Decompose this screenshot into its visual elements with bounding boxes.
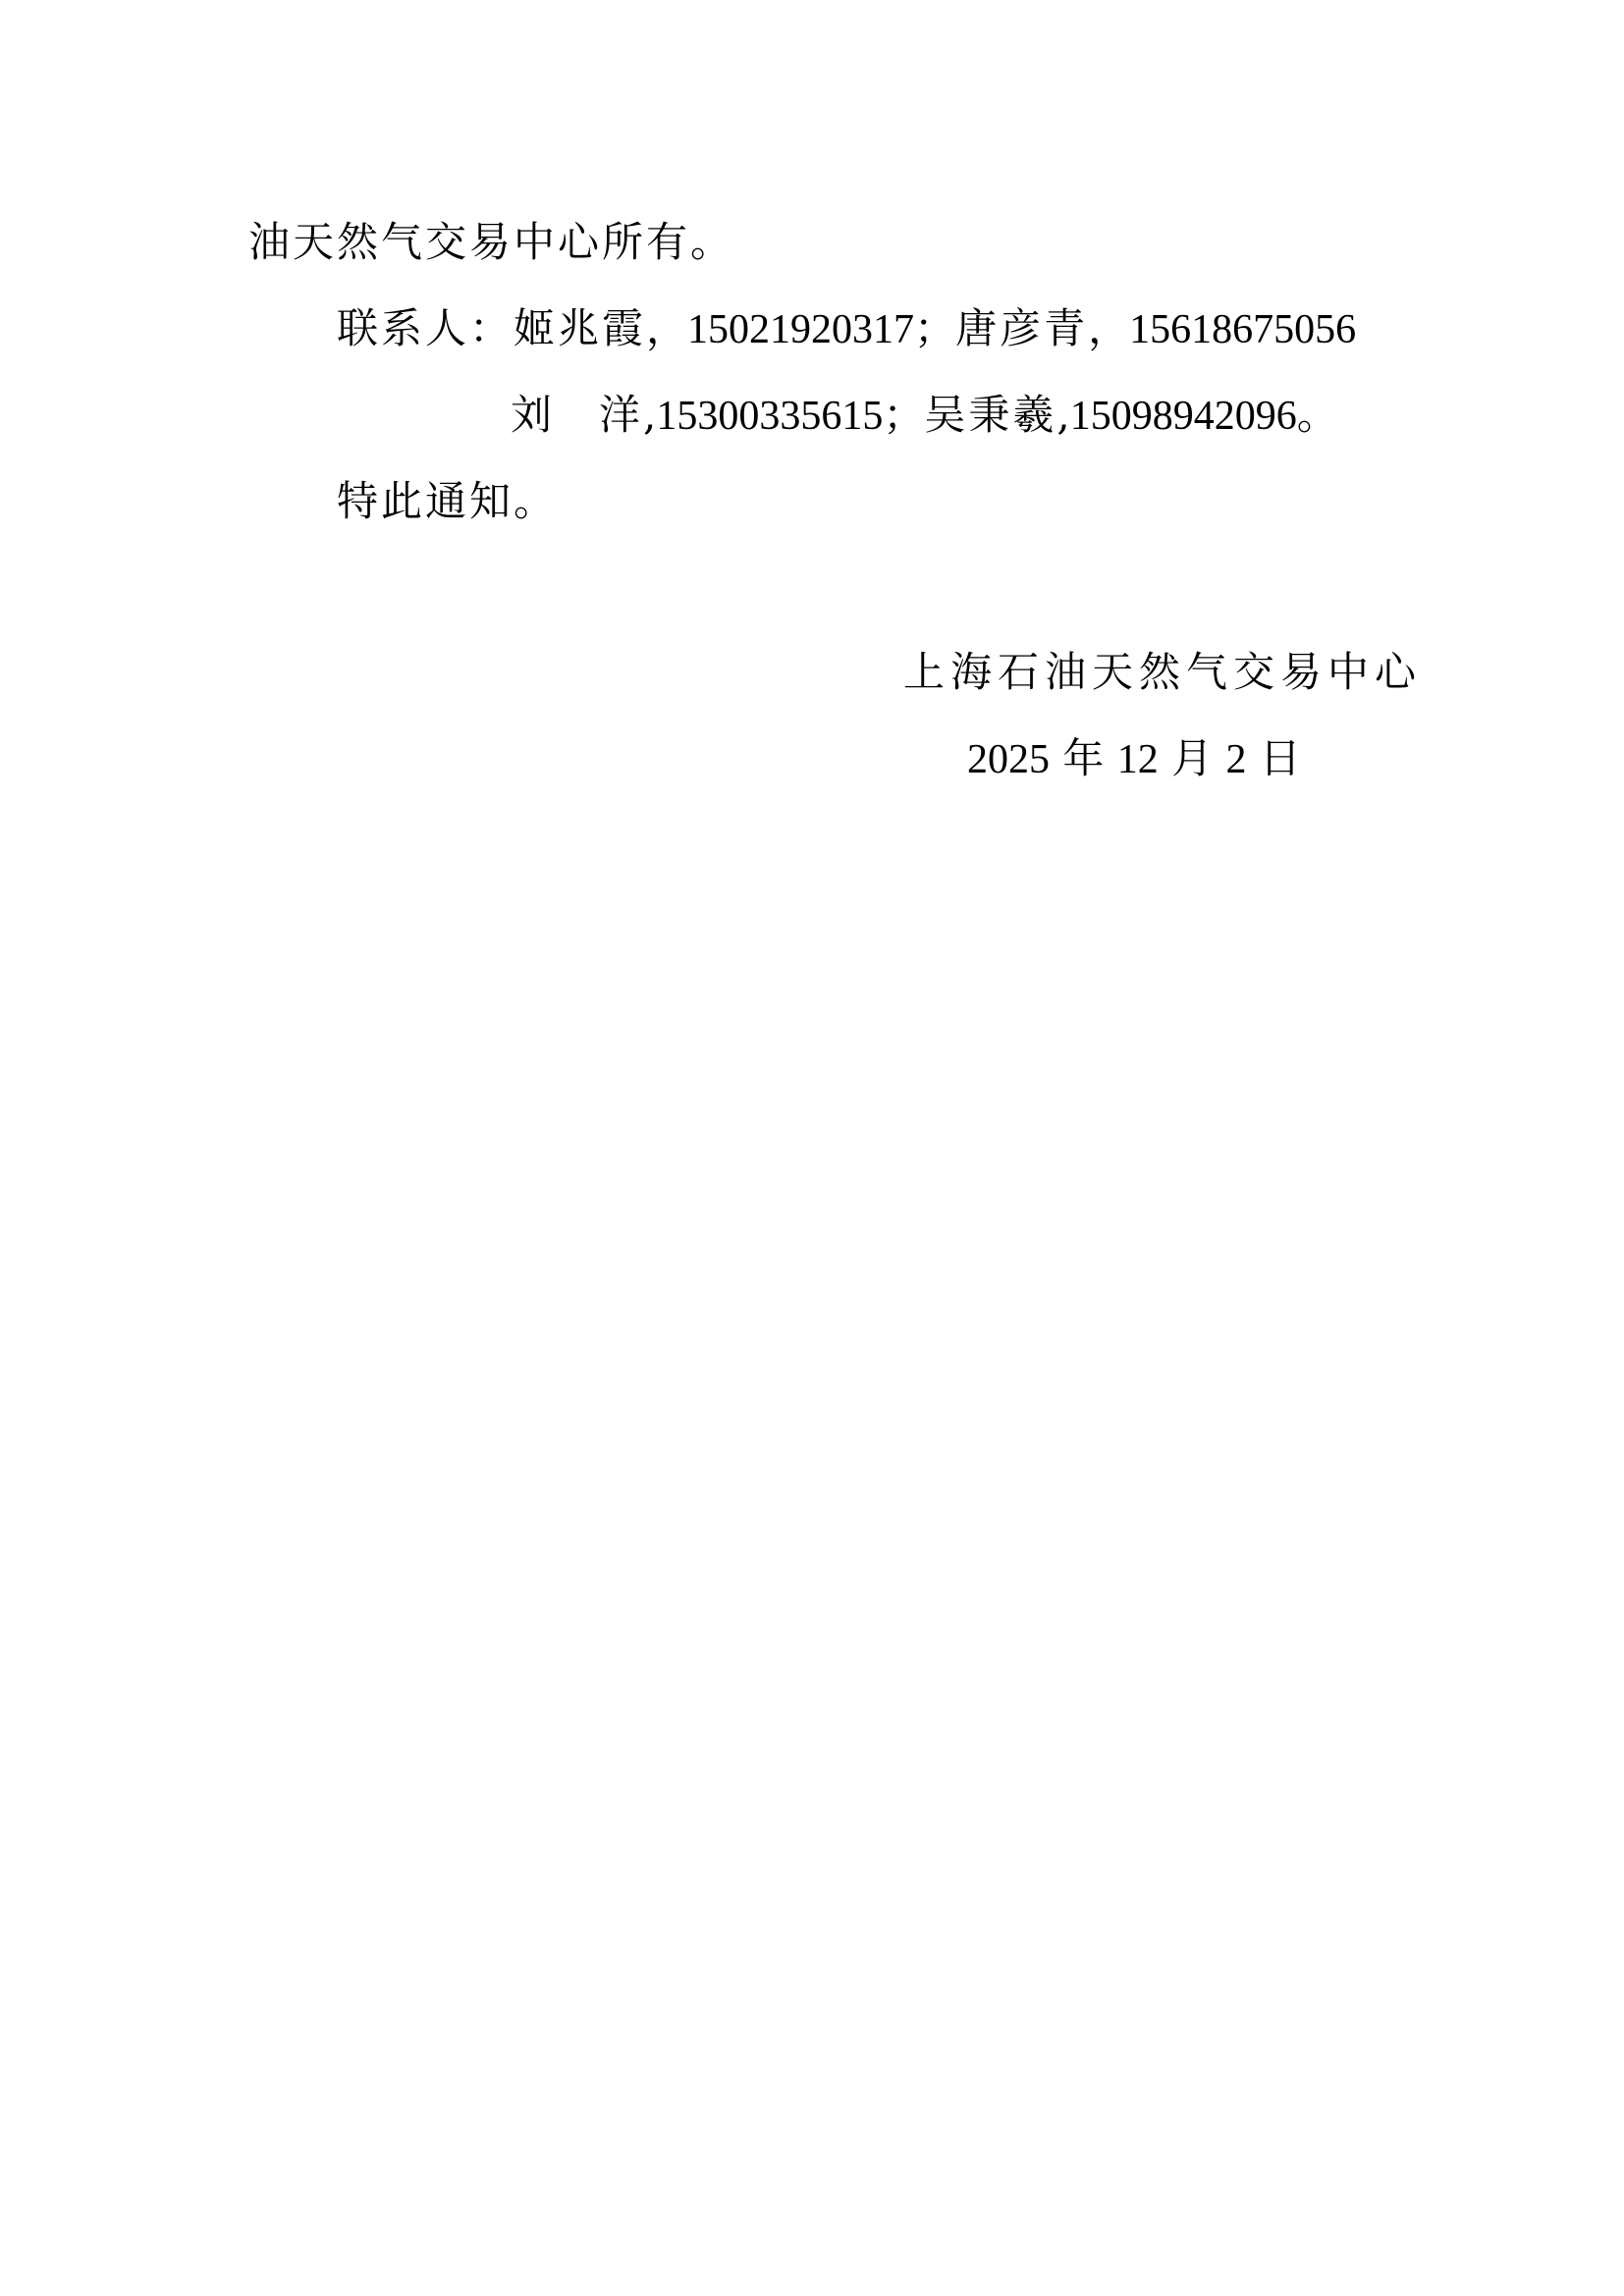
separator: 。: [1297, 391, 1338, 439]
separator: ，: [646, 304, 687, 352]
separator: ；: [914, 304, 955, 352]
separator: ,: [643, 391, 656, 439]
contact-name: 刘 洋: [511, 391, 643, 439]
date-month-unit: 月: [1171, 734, 1213, 782]
date-day: 2: [1225, 737, 1246, 782]
signature-date: 2025 年 12 月 2 日: [967, 734, 1301, 784]
date-day-unit: 日: [1260, 734, 1301, 782]
contact-phone: 15021920317: [687, 307, 914, 352]
contacts-label: 联系人：: [337, 304, 514, 352]
date-year: 2025: [967, 737, 1050, 782]
contacts-line-1: 联系人：姬兆霞，15021920317；唐彦青，15618675056: [337, 304, 1356, 354]
contact-phone: 15618675056: [1129, 307, 1356, 352]
date-month: 12: [1117, 737, 1159, 782]
date-year-unit: 年: [1062, 734, 1104, 782]
contact-phone: 15098942096: [1070, 394, 1297, 439]
contact-name: 吴秉羲: [924, 391, 1056, 439]
separator: ；: [883, 391, 924, 439]
separator: ，: [1088, 304, 1129, 352]
closing-remark: 特此通知。: [337, 477, 558, 526]
contact-phone: 15300335615: [656, 394, 883, 439]
contacts-line-2: 刘 洋,15300335615；吴秉羲,15098942096。: [511, 391, 1338, 441]
signature-organization: 上海石油天然气交易中心: [903, 648, 1422, 697]
document-page: 油天然气交易中心所有。 联系人：姬兆霞，15021920317；唐彦青，1561…: [0, 0, 1624, 2296]
contact-name: 唐彦青: [955, 304, 1088, 352]
contact-name: 姬兆霞: [514, 304, 646, 352]
paragraph-continuation: 油天然气交易中心所有。: [248, 218, 734, 267]
separator: ,: [1056, 391, 1069, 439]
